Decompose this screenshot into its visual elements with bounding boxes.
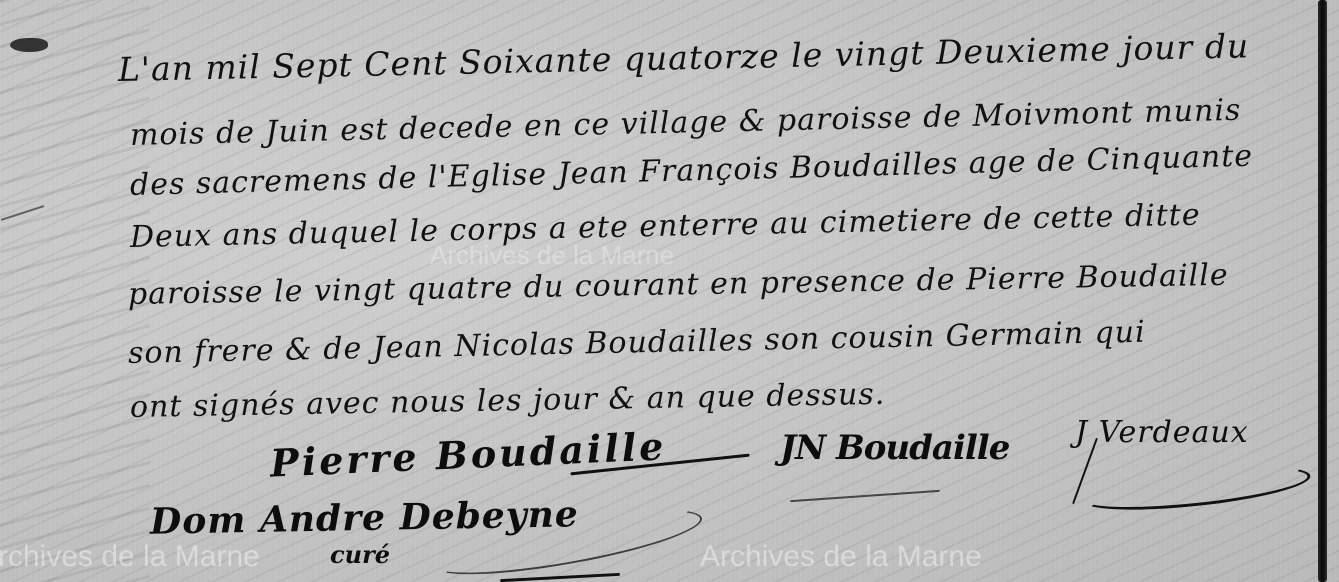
watermark: Archives de la Marne (430, 240, 674, 271)
priest-title: curé (330, 540, 390, 569)
record-line-6: son frere & de Jean Nicolas Boudailles s… (128, 315, 1146, 371)
signature-flourish (1079, 458, 1312, 518)
record-line-7: ont signés avec nous les jour & an que d… (130, 377, 886, 425)
signature-verdeaux: J Verdeaux (1075, 415, 1249, 450)
watermark: Archives de la Marne (0, 540, 260, 574)
margin-ink-blot (10, 38, 48, 52)
record-line-1: L'an mil Sept Cent Soixante quatorze le … (118, 26, 1250, 89)
record-line-5: paroisse le vingt quatre du courant en p… (128, 258, 1229, 312)
pen-stroke (500, 573, 620, 582)
signature-pierre-boudaille: Pierre Boudaille (269, 423, 667, 485)
signature-jn-boudaille: JN Boudaille (780, 428, 1009, 468)
scanned-document: L'an mil Sept Cent Soixante quatorze le … (0, 0, 1339, 582)
signature-underline (790, 490, 940, 502)
right-border-rule (1318, 0, 1327, 582)
watermark: Archives de la Marne (700, 540, 982, 574)
